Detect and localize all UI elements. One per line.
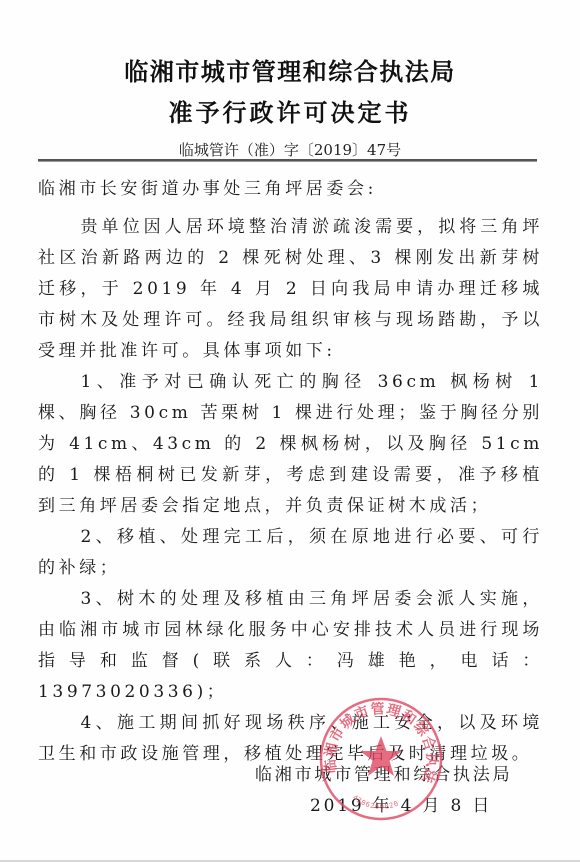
addressee: 临湘市长安街道办事处三角坪居委会: <box>38 174 543 205</box>
intro-paragraph: 贵单位因人居环境整治清淤疏浚需要，拟将三角坪社区治新路两边的 2 棵死树处理、3… <box>38 212 543 367</box>
item-3-paragraph: 3、树木的处理及移植由三角坪居委会派人实施，由临湘市城市园林绿化服务中心安排技术… <box>38 584 543 708</box>
document-body: 贵单位因人居环境整治清淤疏浚需要，拟将三角坪社区治新路两边的 2 棵死树处理、3… <box>38 212 543 770</box>
item-4-paragraph: 4、施工期间抓好现场秩序、施工安全，以及环境卫生和市政设施管理，移植处理完毕后及… <box>38 708 543 770</box>
issuing-authority-title: 临湘市城市管理和综合执法局 <box>0 55 580 89</box>
signature-date: 2019 年 4 月 8 日 <box>310 794 492 818</box>
document-page: 临湘市城市管理和综合执法局 准予行政许可决定书 临城管许（准）字〔2019〕47… <box>0 0 580 862</box>
document-type-title: 准予行政许可决定书 <box>0 96 580 130</box>
document-number: 临城管许（准）字〔2019〕47号 <box>0 140 580 160</box>
item-2-paragraph: 2、移植、处理完工后，须在原地进行必要、可行的补绿； <box>38 522 543 584</box>
signature-organization: 临湘市城市管理和综合执法局 <box>255 763 512 787</box>
header-divider <box>38 159 537 162</box>
item-1-paragraph: 1、准予对已确认死亡的胸径 36cm 枫杨树 1 棵、胸径 30cm 苦栗树 1… <box>38 367 543 522</box>
